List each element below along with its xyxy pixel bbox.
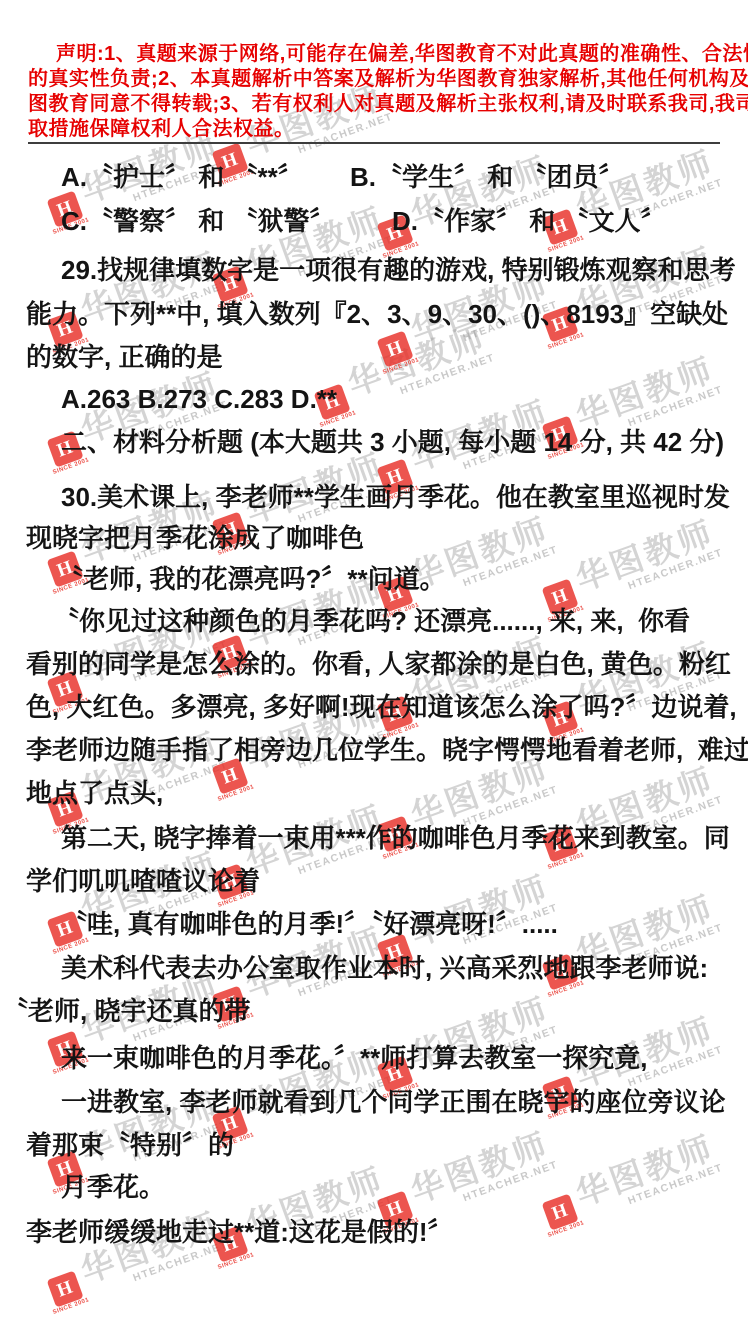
q30-line-6: 色, 大红色。多漂亮, 多好啊!现在知道该怎么涂了吗?〞边说着, [26, 693, 737, 722]
exam-document-page: H SINCE 2001 华图教师 HTEACHER.NET H SINCE 2… [0, 0, 748, 1335]
disclaimer-line-2: 的真实性负责;2、本真题解析中答案及解析为华图教育独家解析,其他任何机构及个人未… [28, 68, 748, 90]
q29-line-1: 29.找规律填数字是一项很有趣的游戏, 特别锻炼观察和思考 [61, 256, 736, 285]
q30-line-15: 一进教室, 李老师就看到几个同学正围在晓宇的座位旁议论 [61, 1088, 725, 1117]
q30-line-16: 着那束〝特别〞的 [26, 1131, 234, 1160]
q30-line-3: 〝老师, 我的花漂亮吗?〞**问道。 [57, 565, 446, 594]
disclaimer-line-3: 图教育同意不得转载;3、若有权利人对真题及解析主张权利,请及时联系我司,我司将依… [28, 93, 748, 115]
q28-option-c: C.〝警察〞 和 〝狱警〞 [61, 207, 335, 236]
q30-line-9: 第二天, 晓字捧着一束用***作的咖啡色月季花来到教室。同 [61, 824, 730, 853]
disclaimer-line-4: 取措施保障权利人合法权益。 [28, 118, 295, 140]
q30-line-4: 〝你见过这种颜色的月季花吗? 还漂亮......, 来, 来, 你看 [53, 607, 690, 636]
q30-line-17: 月季花。 [61, 1173, 165, 1202]
q30-line-1: 30.美术课上, 李老师**学生画月季花。他在教室里巡视时发 [61, 483, 730, 512]
q30-line-14: 来一束咖啡色的月季花。〞**师打算去教室一探究竟, [61, 1044, 647, 1073]
document-text-layer: 声明:1、真题来源于网络,可能存在偏差,华图教育不对此真题的准确性、合法性以及内… [0, 0, 748, 1335]
q30-line-5: 看别的同学是怎么涂的。你看, 人家都涂的是白色, 黄色。粉红 [26, 650, 731, 679]
q30-line-8: 地点了点头, [26, 779, 163, 808]
q30-line-7: 李老师边随手指了相旁边几位学生。晓字愕愕地看着老师, 难过 [26, 736, 748, 765]
q30-line-2: 现晓字把月季花涂成了咖啡色 [26, 524, 364, 553]
q30-line-13: 〝老师, 晓宇还真的带 [2, 997, 250, 1026]
q28-option-a: A.〝护士〞 和 〝**〞 [61, 163, 304, 192]
disclaimer-bold-prefix: 声明: [56, 43, 104, 65]
disclaimer-line-1: 声明:1、真题来源于网络,可能存在偏差,华图教育不对此真题的准确性、合法性以及内… [56, 43, 748, 65]
q28-option-b: B.〝学生〞 和 〝团员〞 [350, 163, 624, 192]
q30-line-12: 美术科代表去办公室取作业本时, 兴高采烈地跟李老师说: [61, 954, 708, 983]
q29-line-3: 的数字, 正确的是 [26, 343, 222, 372]
q29-line-2: 能力。下列**中, 填入数列『2、3、9、30、()、8193』空缺处 [26, 300, 728, 329]
q30-line-10: 学们叽叽喳喳议论着 [26, 867, 260, 896]
section-2-heading: 二、材料分析题 (本大题共 3 小题, 每小题 14 分, 共 42 分) [61, 428, 724, 457]
q30-line-11: 〝哇, 真有咖啡色的月季!〞〝好漂亮呀!〞..... [61, 910, 558, 939]
q29-options: A.263 B.273 C.283 D.** [61, 385, 337, 414]
q28-option-d: D.〝作家〞 和 〝文人〞 [392, 207, 666, 236]
q30-line-18: 李老师缓缓地走过**道:这花是假的!〞 [26, 1218, 454, 1247]
